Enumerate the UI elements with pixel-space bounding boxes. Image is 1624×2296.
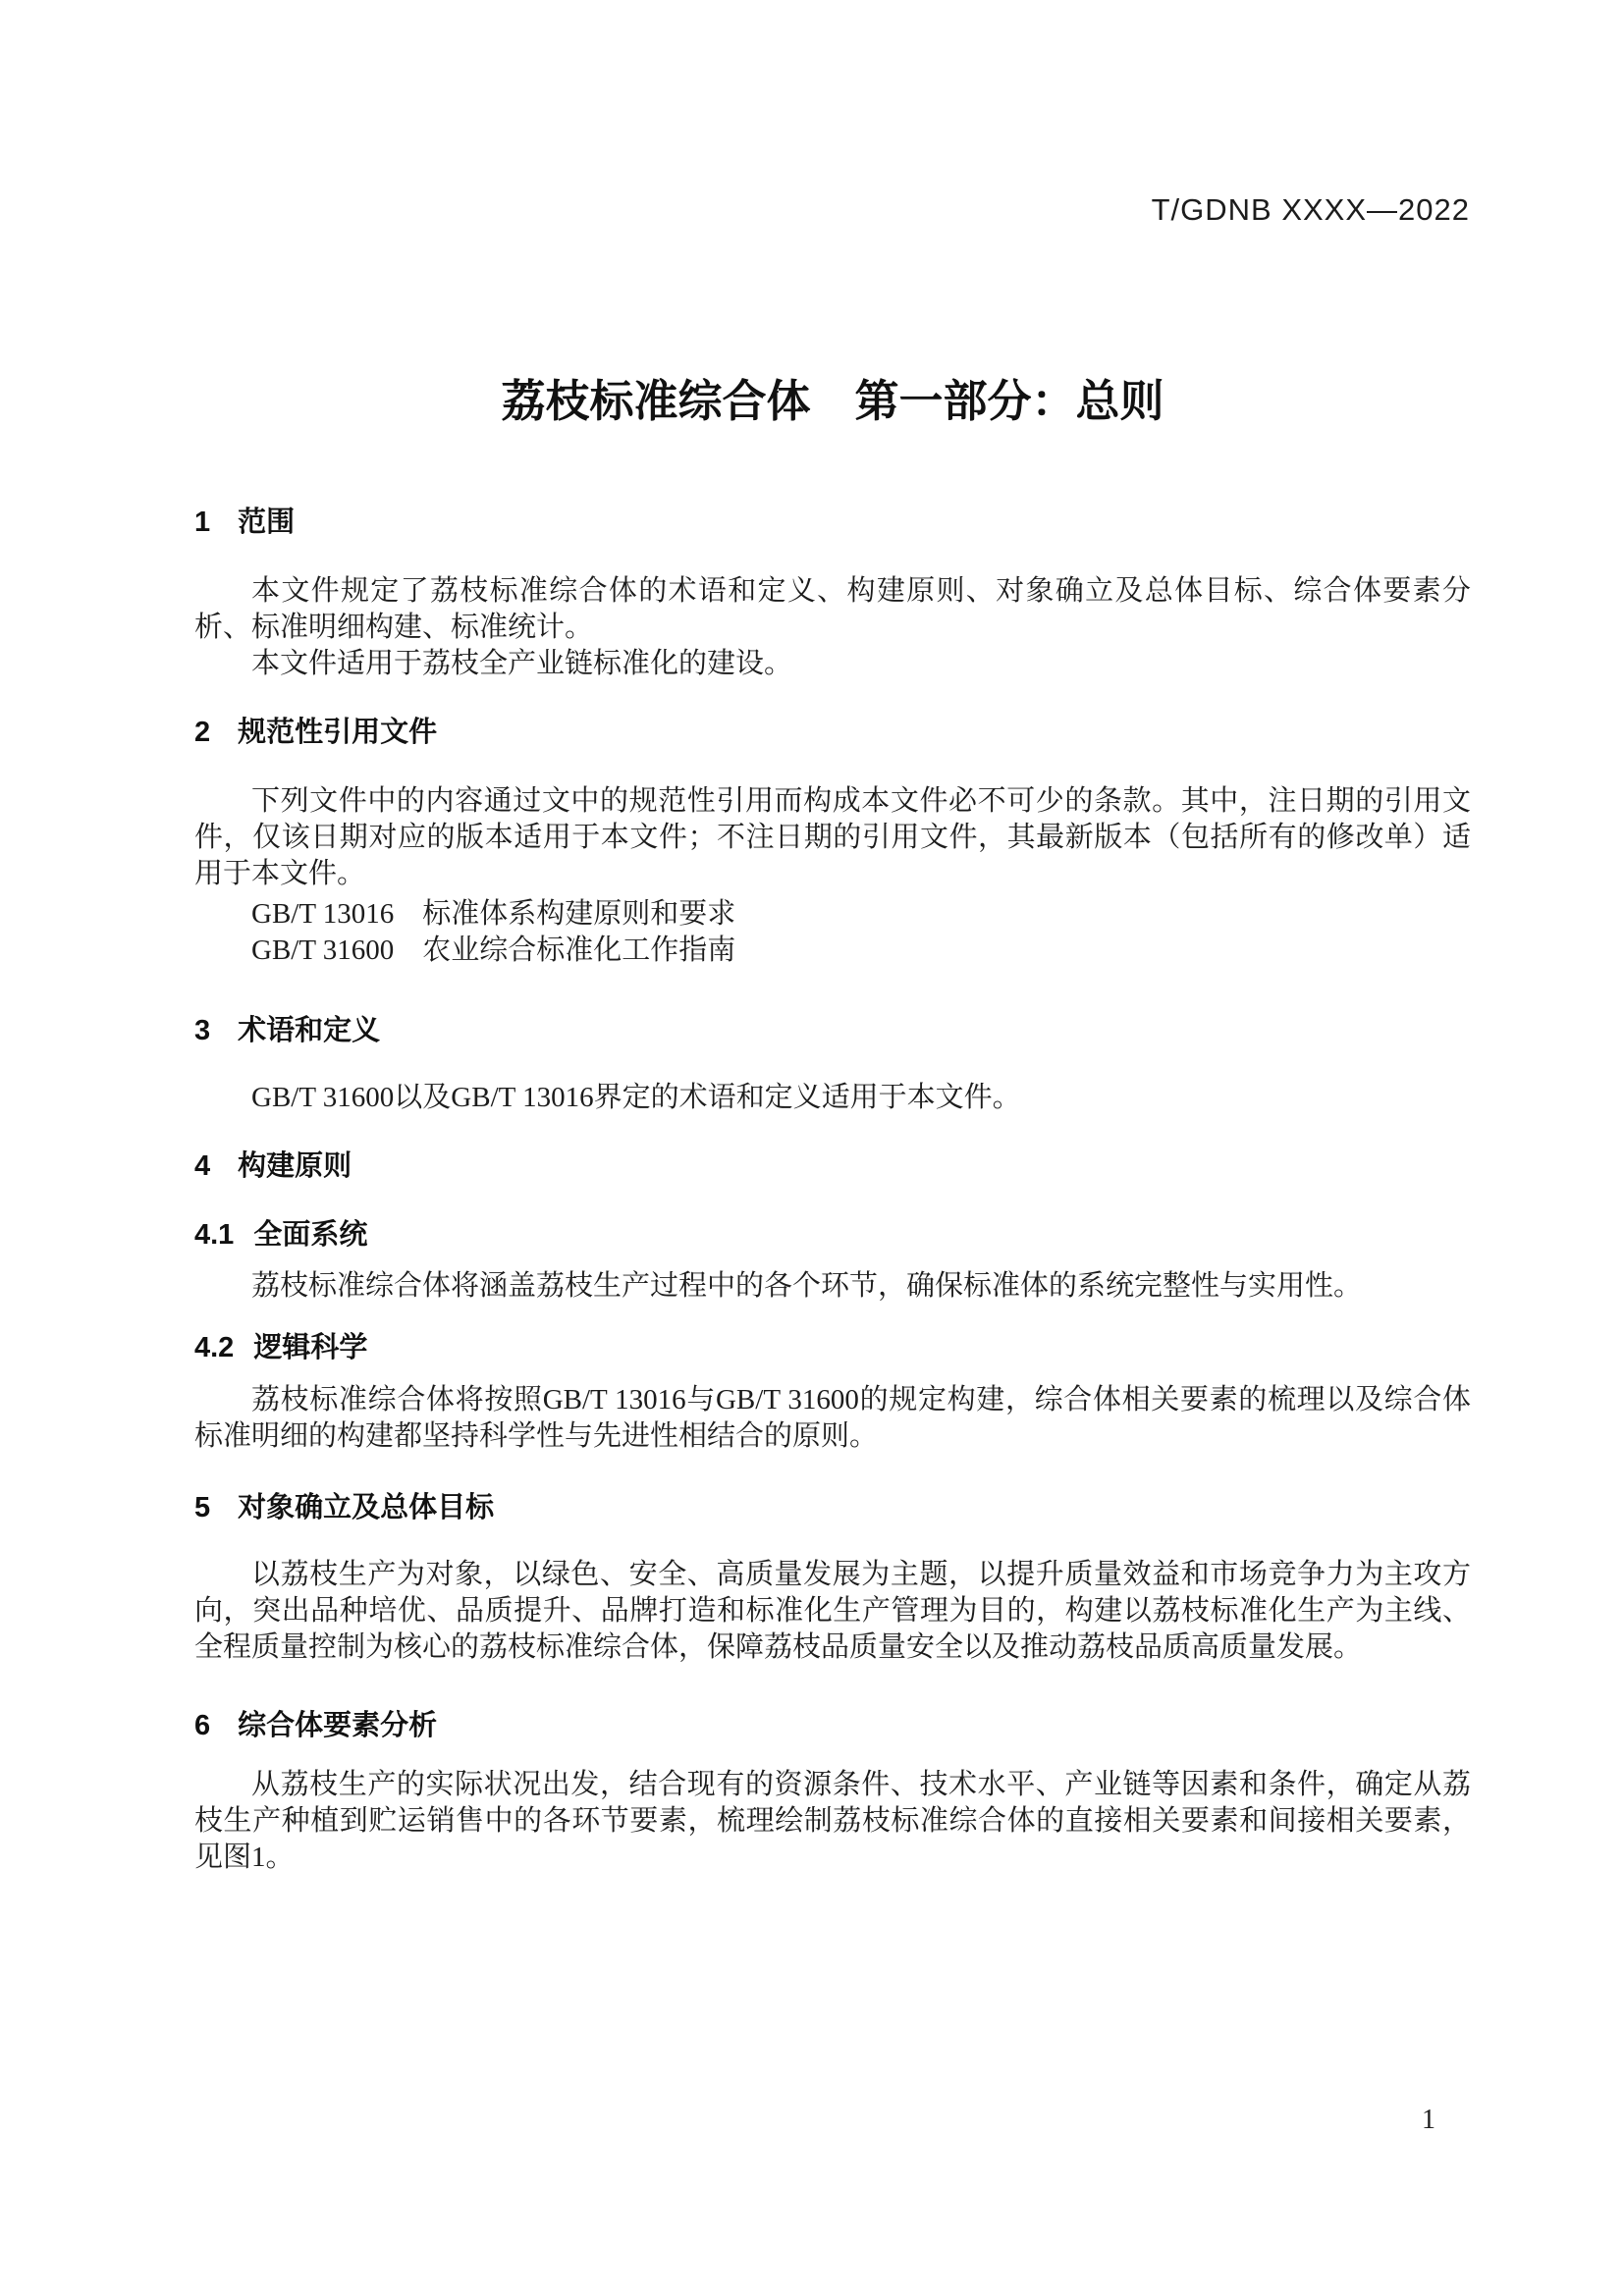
section-2-title: 规范性引用文件	[238, 717, 437, 748]
section-2-number: 2	[194, 715, 210, 751]
section-4-heading: 4构建原则	[194, 1148, 1471, 1185]
section-4-1-paragraph-1: 荔枝标准综合体将涵盖荔枝生产过程中的各个环节，确保标准体的系统完整性与实用性。	[194, 1268, 1471, 1305]
section-5-title: 对象确立及总体目标	[238, 1492, 494, 1523]
section-1-paragraph-1: 本文件规定了荔枝标准综合体的术语和定义、构建原则、对象确立及总体目标、综合体要素…	[194, 573, 1471, 646]
section-6-heading: 6综合体要素分析	[194, 1708, 1471, 1744]
section-4-1-number: 4.1	[194, 1217, 234, 1254]
section-6-paragraph-1: 从荔枝生产的实际状况出发，结合现有的资源条件、技术水平、产业链等因素和条件，确定…	[194, 1767, 1471, 1876]
section-4-2-heading: 4.2逻辑科学	[194, 1330, 1471, 1366]
section-1-title: 范围	[238, 507, 295, 538]
doc-number: T/GDNB XXXX—2022	[1152, 192, 1470, 228]
section-4-1-title: 全面系统	[253, 1219, 367, 1251]
section-4-1-heading: 4.1全面系统	[194, 1217, 1471, 1254]
section-3-heading: 3术语和定义	[194, 1013, 1471, 1049]
section-6-number: 6	[194, 1708, 210, 1744]
section-1-paragraph-2: 本文件适用于荔枝全产业链标准化的建设。	[194, 646, 1471, 682]
section-3-title: 术语和定义	[238, 1015, 380, 1046]
section-2-paragraph-1: 下列文件中的内容通过文中的规范性引用而构成本文件必不可少的条款。其中，注日期的引…	[194, 783, 1471, 892]
document-page: T/GDNB XXXX—2022 荔枝标准综合体 第一部分：总则 1范围 本文件…	[0, 0, 1624, 2296]
section-1-heading: 1范围	[194, 505, 1471, 541]
section-3-number: 3	[194, 1013, 210, 1049]
page-number: 1	[1422, 2105, 1435, 2136]
normative-reference-2: GB/T 31600 农业综合标准化工作指南	[194, 933, 1471, 969]
section-3-paragraph-1: GB/T 31600以及GB/T 13016界定的术语和定义适用于本文件。	[194, 1080, 1471, 1116]
section-6-title: 综合体要素分析	[238, 1710, 437, 1741]
section-2-heading: 2规范性引用文件	[194, 715, 1471, 751]
section-4-2-paragraph-1: 荔枝标准综合体将按照GB/T 13016与GB/T 31600的规定构建，综合体…	[194, 1382, 1471, 1455]
section-5-heading: 5对象确立及总体目标	[194, 1490, 1471, 1526]
normative-reference-1: GB/T 13016 标准体系构建原则和要求	[194, 896, 1471, 933]
doc-title: 荔枝标准综合体 第一部分：总则	[194, 365, 1471, 429]
section-4-title: 构建原则	[238, 1150, 352, 1182]
section-5-paragraph-1: 以荔枝生产为对象，以绿色、安全、高质量发展为主题，以提升质量效益和市场竞争力为主…	[194, 1557, 1471, 1666]
section-4-2-title: 逻辑科学	[253, 1332, 367, 1363]
section-5-number: 5	[194, 1490, 210, 1526]
section-4-2-number: 4.2	[194, 1330, 234, 1366]
section-4-number: 4	[194, 1148, 210, 1185]
section-1-number: 1	[194, 505, 210, 541]
